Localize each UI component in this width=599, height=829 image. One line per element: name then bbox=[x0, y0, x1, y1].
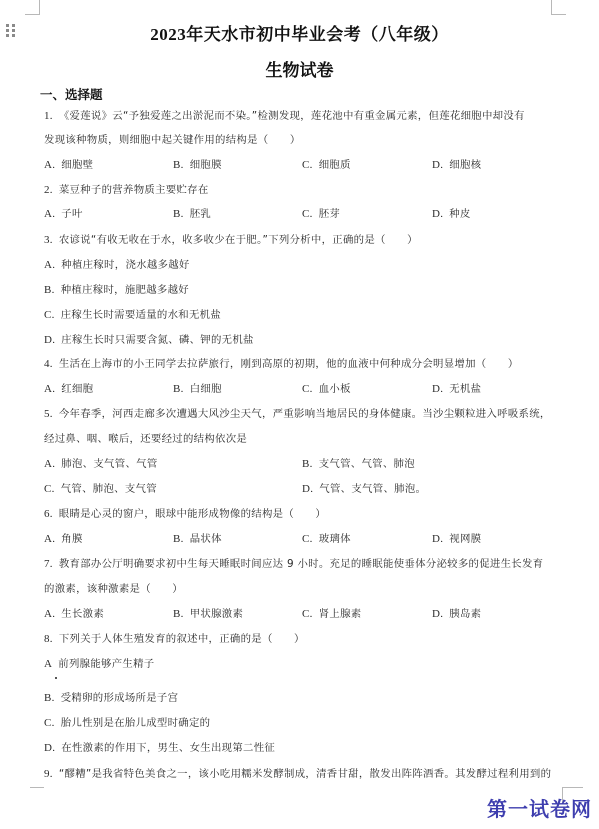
q4-option-b[interactable]: B.白细胞 bbox=[173, 380, 222, 395]
q4-option-c[interactable]: C.血小板 bbox=[302, 380, 351, 395]
q2-option-d[interactable]: D.种皮 bbox=[432, 205, 471, 220]
stray-dot bbox=[55, 677, 57, 679]
q2-option-a[interactable]: A.子叶 bbox=[44, 205, 83, 220]
q6-option-d[interactable]: D.视网膜 bbox=[432, 530, 481, 545]
question-7-line-1: 7.教育部办公厅明确要求初中生每天睡眠时间应达 9 小时。充足的睡眠能使垂体分泌… bbox=[44, 555, 543, 570]
q4-option-a[interactable]: A.红细胞 bbox=[44, 380, 93, 395]
q4-option-d[interactable]: D.无机盐 bbox=[432, 380, 481, 395]
watermark-logo: 第一试卷网 bbox=[487, 793, 592, 822]
question-5-line-2: 经过鼻、咽、喉后，还要经过的结构依次是 bbox=[44, 430, 247, 445]
q8-option-a[interactable]: A前列腺能够产生精子 bbox=[44, 655, 154, 670]
q7-option-c[interactable]: C.肾上腺素 bbox=[302, 605, 361, 620]
q3-option-b[interactable]: B.种植庄稼时，施肥越多越好 bbox=[44, 281, 189, 296]
page-corner-top-right bbox=[551, 0, 566, 15]
question-6-line-1: 6.眼睛是心灵的窗户，眼球中能形成物像的结构是（ ） bbox=[44, 505, 326, 520]
page-corner-bottom-left-h bbox=[30, 787, 44, 788]
q8-option-b[interactable]: B.受精卵的形成场所是子宫 bbox=[44, 689, 178, 704]
q6-option-c[interactable]: C.玻璃体 bbox=[302, 530, 351, 545]
q1-option-b[interactable]: B.细胞膜 bbox=[173, 156, 222, 171]
document-subtitle: 生物试卷 bbox=[0, 56, 599, 81]
q5-option-d[interactable]: D.气管、支气管、肺泡。 bbox=[302, 480, 426, 495]
q7-option-d[interactable]: D.胰岛素 bbox=[432, 605, 481, 620]
q2-option-b[interactable]: B.胚乳 bbox=[173, 205, 211, 220]
q5-option-a[interactable]: A.肺泡、支气管、气管 bbox=[44, 455, 158, 470]
q1-option-c[interactable]: C.细胞质 bbox=[302, 156, 351, 171]
q7-option-a[interactable]: A.生长激素 bbox=[44, 605, 104, 620]
q1-option-a[interactable]: A.细胞壁 bbox=[44, 156, 93, 171]
question-1-line-1: 1.《爱莲说》云“予独爱莲之出淤泥而不染。”检测发现，莲花池中有重金属元素，但莲… bbox=[44, 107, 525, 122]
document-title: 2023年天水市初中毕业会考（八年级） bbox=[0, 20, 599, 45]
section-heading: 一、选择题 bbox=[40, 85, 103, 103]
q6-option-b[interactable]: B.晶状体 bbox=[173, 530, 222, 545]
question-7-line-2: 的激素，该种激素是（ ） bbox=[44, 580, 183, 595]
question-3-line-1: 3.农谚说“有收无收在于水，收多收少在于肥。”下列分析中，正确的是（ ） bbox=[44, 231, 418, 246]
question-9-line-1: 9.“醪糟”是我省特色美食之一，该小吃用糯米发酵制成，清香甘甜，散发出阵阵酒香。… bbox=[44, 765, 551, 780]
question-4-line-1: 4.生活在上海市的小王同学去拉萨旅行，刚到高原的初期，他的血液中何种成分会明显增… bbox=[44, 355, 519, 370]
page-corner-top-left bbox=[25, 0, 40, 15]
q6-option-a[interactable]: A.角膜 bbox=[44, 530, 83, 545]
q7-option-b[interactable]: B.甲状腺激素 bbox=[173, 605, 243, 620]
question-8-line-1: 8.下列关于人体生殖发育的叙述中，正确的是（ ） bbox=[44, 630, 305, 645]
question-1-line-2: 发现该种物质，则细胞中起关键作用的结构是（ ） bbox=[44, 131, 301, 146]
q2-option-c[interactable]: C.胚芽 bbox=[302, 205, 340, 220]
q5-option-c[interactable]: C.气管、肺泡、支气管 bbox=[44, 480, 157, 495]
question-2-line-1: 2.菜豆种子的营养物质主要贮存在 bbox=[44, 181, 209, 196]
q8-option-d[interactable]: D.在性激素的作用下，男生、女生出现第二性征 bbox=[44, 739, 275, 754]
question-5-line-1: 5.今年春季，河西走廊多次遭遇大风沙尘天气，严重影响当地居民的身体健康。当沙尘颗… bbox=[44, 405, 551, 420]
q3-option-c[interactable]: C.庄稼生长时需要适量的水和无机盐 bbox=[44, 306, 221, 321]
q5-option-b[interactable]: B.支气管、气管、肺泡 bbox=[302, 455, 415, 470]
q3-option-a[interactable]: A.种植庄稼时，浇水越多越好 bbox=[44, 256, 190, 271]
q8-option-c[interactable]: C.胎儿性别是在胎儿成型时确定的 bbox=[44, 714, 210, 729]
q1-option-d[interactable]: D.细胞核 bbox=[432, 156, 481, 171]
q3-option-d[interactable]: D.庄稼生长时只需要含氮、磷、钾的无机盐 bbox=[44, 331, 254, 346]
